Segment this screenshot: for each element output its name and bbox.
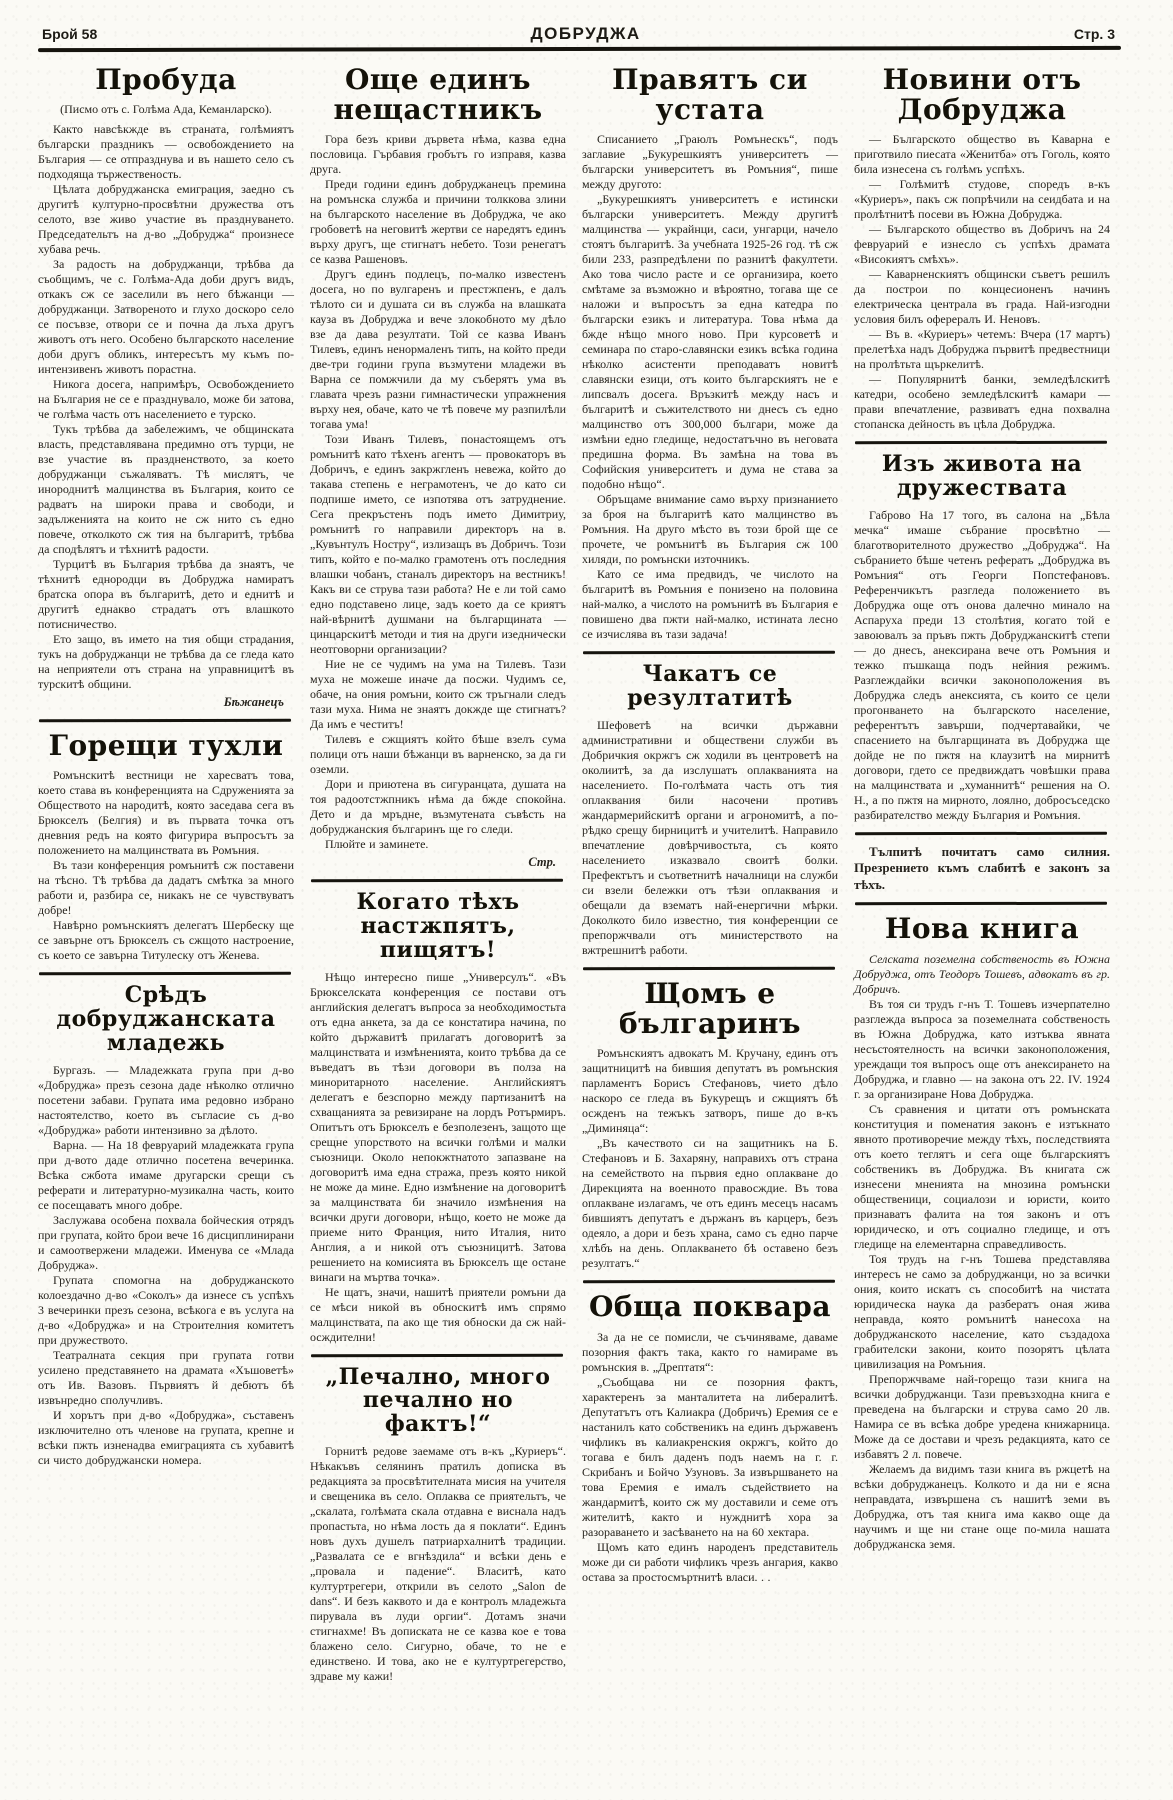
- article-separator: [855, 902, 1107, 905]
- article-headline: Горещи тухли: [38, 731, 294, 761]
- article: Срѣдъ добруджанската младежьБургазъ. — М…: [38, 984, 294, 1467]
- article-separator: [583, 651, 835, 654]
- article: Новини отъ Добруджа— Българското обществ…: [854, 65, 1110, 432]
- article: Изъ живота на дружестватаГаброво На 17 т…: [854, 453, 1110, 823]
- article-headline: Когато тѣхъ настжпятъ, пищятъ!: [310, 891, 566, 962]
- newspaper-page: Брой 58 ДОБРУДЖА Стр. 3 Пробуда(Писмо от…: [0, 0, 1173, 1800]
- article-paragraph: Съ сравнения и цитати отъ ромънската кон…: [854, 1102, 1110, 1252]
- article-byline: Стр.: [310, 855, 566, 870]
- article-paragraph: Шефоветѣ на всички държавни администрати…: [582, 718, 838, 958]
- article-separator: [855, 832, 1107, 835]
- newspaper-title: ДОБРУДЖА: [531, 24, 641, 44]
- article-paragraph: Дори и приютена въ сигуранцата, душата н…: [310, 777, 566, 837]
- article-separator: [855, 441, 1107, 444]
- article-headline: Новини отъ Добруджа: [854, 65, 1110, 125]
- article-paragraph: Ромънскитѣ вестници не харесватъ това, к…: [38, 768, 294, 858]
- article-headline: Правятъ си устата: [582, 65, 838, 125]
- article-paragraph: За да не се помисли, че съчиняваме, дава…: [582, 1330, 838, 1375]
- column-3: Правятъ си устатаСписанието „Граюлъ Ромъ…: [582, 63, 838, 1589]
- article-paragraph: „Въ качеството си на защитникъ на Б. Сте…: [582, 1136, 838, 1271]
- article-headline: Нова книга: [854, 914, 1110, 944]
- masthead-rule: [38, 46, 1121, 52]
- article-paragraph: — Въ в. «Куриеръ» четемъ: Вчера (17 март…: [854, 327, 1110, 372]
- article-paragraph: Ромънскиятъ адвокатъ М. Кручану, единъ о…: [582, 1046, 838, 1136]
- article-paragraph: Театралната секция при групата готви уси…: [38, 1348, 294, 1408]
- article: Обща поквараЗа да не се помисли, че съчи…: [582, 1292, 838, 1584]
- article-headline: Пробуда: [38, 65, 294, 95]
- article-paragraph: Гора безъ криви дървета нѣма, казва една…: [310, 132, 566, 177]
- article-paragraph: — Голѣмитѣ студове, споредъ в-къ «Куриер…: [854, 177, 1110, 222]
- article-paragraph: — Българското общество въ Добричъ на 24 …: [854, 222, 1110, 267]
- article-paragraph: Селската поземелна собственость въ Южна …: [854, 952, 1110, 997]
- article-paragraph: Групата спомогна на добруджанското колое…: [38, 1273, 294, 1348]
- article-paragraph: За радость на добруджанци, трѣбва да съо…: [38, 257, 294, 377]
- article-paragraph: Въ тоя си трудъ г-нъ Т. Тошевъ изчерпате…: [854, 997, 1110, 1102]
- article-headline: Срѣдъ добруджанската младежь: [38, 984, 294, 1055]
- article-paragraph: Тилевъ е сжщиятъ който бѣше взелъ сума п…: [310, 732, 566, 777]
- article-headline: Чакатъ се резултатитѣ: [582, 663, 838, 711]
- article-paragraph: Ето защо, въ името на тия общи страдания…: [38, 632, 294, 692]
- article: Щомъ е българинъРомънскиятъ адвокатъ М. …: [582, 979, 838, 1271]
- article-headline: Още единъ нещастникъ: [310, 65, 566, 125]
- article-paragraph: Този Иванъ Тилевъ, понастоящемъ отъ ромъ…: [310, 432, 566, 657]
- article: Когато тѣхъ настжпятъ, пищятъ!Нѣщо интер…: [310, 891, 566, 1344]
- article-paragraph: Навѣрно ромънскиятъ делегатъ Шербеску ще…: [38, 918, 294, 963]
- masthead: Брой 58 ДОБРУДЖА Стр. 3: [38, 24, 1121, 47]
- article-paragraph: Заслужава особена похвала бойческия отря…: [38, 1213, 294, 1273]
- article-paragraph: Варна. — На 18 февруарий младежката груп…: [38, 1138, 294, 1213]
- article-paragraph: — Популярнитѣ банки, земледѣлскитѣ катед…: [854, 372, 1110, 432]
- article: Нова книгаСелската поземелна собственост…: [854, 914, 1110, 1551]
- article-paragraph: Обръщаме внимание само върху признанието…: [582, 492, 838, 567]
- issue-number: Брой 58: [42, 26, 97, 42]
- article: Правятъ си устатаСписанието „Граюлъ Ромъ…: [582, 65, 838, 642]
- article-paragraph: Бургазъ. — Младежката група при д-во «До…: [38, 1063, 294, 1138]
- article-paragraph: Никога досега, напримѣръ, Освобождението…: [38, 377, 294, 422]
- article-paragraph: Както навсѣкжде въ страната, голѣмиятъ б…: [38, 122, 294, 182]
- article-separator: [39, 972, 291, 975]
- article-paragraph: Не щатъ, значи, нашитѣ приятели ромъни д…: [310, 1285, 566, 1345]
- article: Тълпитѣ почитатъ само силния. Презрениет…: [854, 844, 1110, 894]
- article-paragraph: Списанието „Граюлъ Ромънескъ“, подъ загл…: [582, 132, 838, 192]
- article-paragraph: Другъ единъ подлецъ, по-малко известенъ …: [310, 267, 566, 432]
- article-paragraph: — Каварненскиятъ общински съветъ решилъ …: [854, 267, 1110, 327]
- article: Пробуда(Писмо отъ с. Голѣма Ада, Кеманла…: [38, 65, 294, 710]
- article-paragraph: Плюйте и заминете.: [310, 837, 566, 852]
- article-separator: [311, 879, 563, 882]
- article-paragraph: Въ тази конференция ромънитѣ сж поставен…: [38, 858, 294, 918]
- article-paragraph: Ние не се чудимъ на ума на Тилевъ. Тази …: [310, 657, 566, 732]
- article: Горещи тухлиРомънскитѣ вестници не харес…: [38, 731, 294, 963]
- article-paragraph: Цѣлата добруджанска емиграция, заедно съ…: [38, 182, 294, 257]
- article-paragraph: — Българското общество въ Каварна е приг…: [854, 132, 1110, 177]
- page-number: Стр. 3: [1074, 26, 1115, 42]
- article: „Печално, много печално но фактъ!“Горнит…: [310, 1366, 566, 1684]
- column-2: Още единъ нещастникъГора безъ криви дърв…: [310, 63, 566, 1688]
- article-paragraph: Щомъ като единъ народенъ представитель м…: [582, 1540, 838, 1585]
- article: Още единъ нещастникъГора безъ криви дърв…: [310, 65, 566, 870]
- article-paragraph: Тоя трудъ на г-нъ Тошева представлява ин…: [854, 1252, 1110, 1372]
- article-paragraph: Желаемъ да видимъ тази книга въ ржцетѣ н…: [854, 1462, 1110, 1552]
- article-paragraph: Преди години единъ добруджанецъ премина …: [310, 177, 566, 267]
- article-headline: Щомъ е българинъ: [582, 979, 838, 1039]
- article-paragraph: „Букурешкиятъ университетъ е истински бъ…: [582, 192, 838, 492]
- article-paragraph: И хорътъ при д-во «Добруджа», съставенъ …: [38, 1408, 294, 1468]
- article-separator: [311, 1353, 563, 1356]
- article-paragraph: Горнитѣ редове заемаме отъ в-къ „Куриеръ…: [310, 1444, 566, 1684]
- article-subtitle: (Писмо отъ с. Голѣма Ада, Кеманларско).: [38, 102, 294, 117]
- columns-container: Пробуда(Писмо отъ с. Голѣма Ада, Кеманла…: [38, 63, 1121, 1688]
- article-paragraph: Тълпитѣ почитатъ само силния. Презрениет…: [854, 844, 1110, 894]
- article-paragraph: Тукъ трѣбва да забележимъ, че общинската…: [38, 422, 294, 557]
- article-paragraph: Габрово На 17 того, въ салона на „Бѣла м…: [854, 508, 1110, 823]
- article-headline: „Печално, много печално но фактъ!“: [310, 1366, 566, 1437]
- article-paragraph: Нѣщо интересно пише „Универсулъ“. «Въ Бр…: [310, 970, 566, 1285]
- article-separator: [583, 1280, 835, 1283]
- article-separator: [39, 719, 291, 722]
- article-paragraph: Препоржчваме най-горещо тази книга на вс…: [854, 1372, 1110, 1462]
- article-byline: Бѣжанецъ: [38, 695, 294, 710]
- article-paragraph: Турцитѣ въ България трѣбва да знаятъ, че…: [38, 557, 294, 632]
- column-4: Новини отъ Добруджа— Българското обществ…: [854, 63, 1110, 1556]
- article-headline: Обща поквара: [582, 1292, 838, 1322]
- column-1: Пробуда(Писмо отъ с. Голѣма Ада, Кеманла…: [38, 63, 294, 1472]
- article-headline: Изъ живота на дружествата: [854, 453, 1110, 501]
- article: Чакатъ се резултатитѣШефоветѣ на всички …: [582, 663, 838, 958]
- article-paragraph: „Съобщава ни се позорния фактъ, характер…: [582, 1375, 838, 1540]
- article-paragraph: Като се има предвидъ, че числото на бълг…: [582, 567, 838, 642]
- article-separator: [583, 967, 835, 970]
